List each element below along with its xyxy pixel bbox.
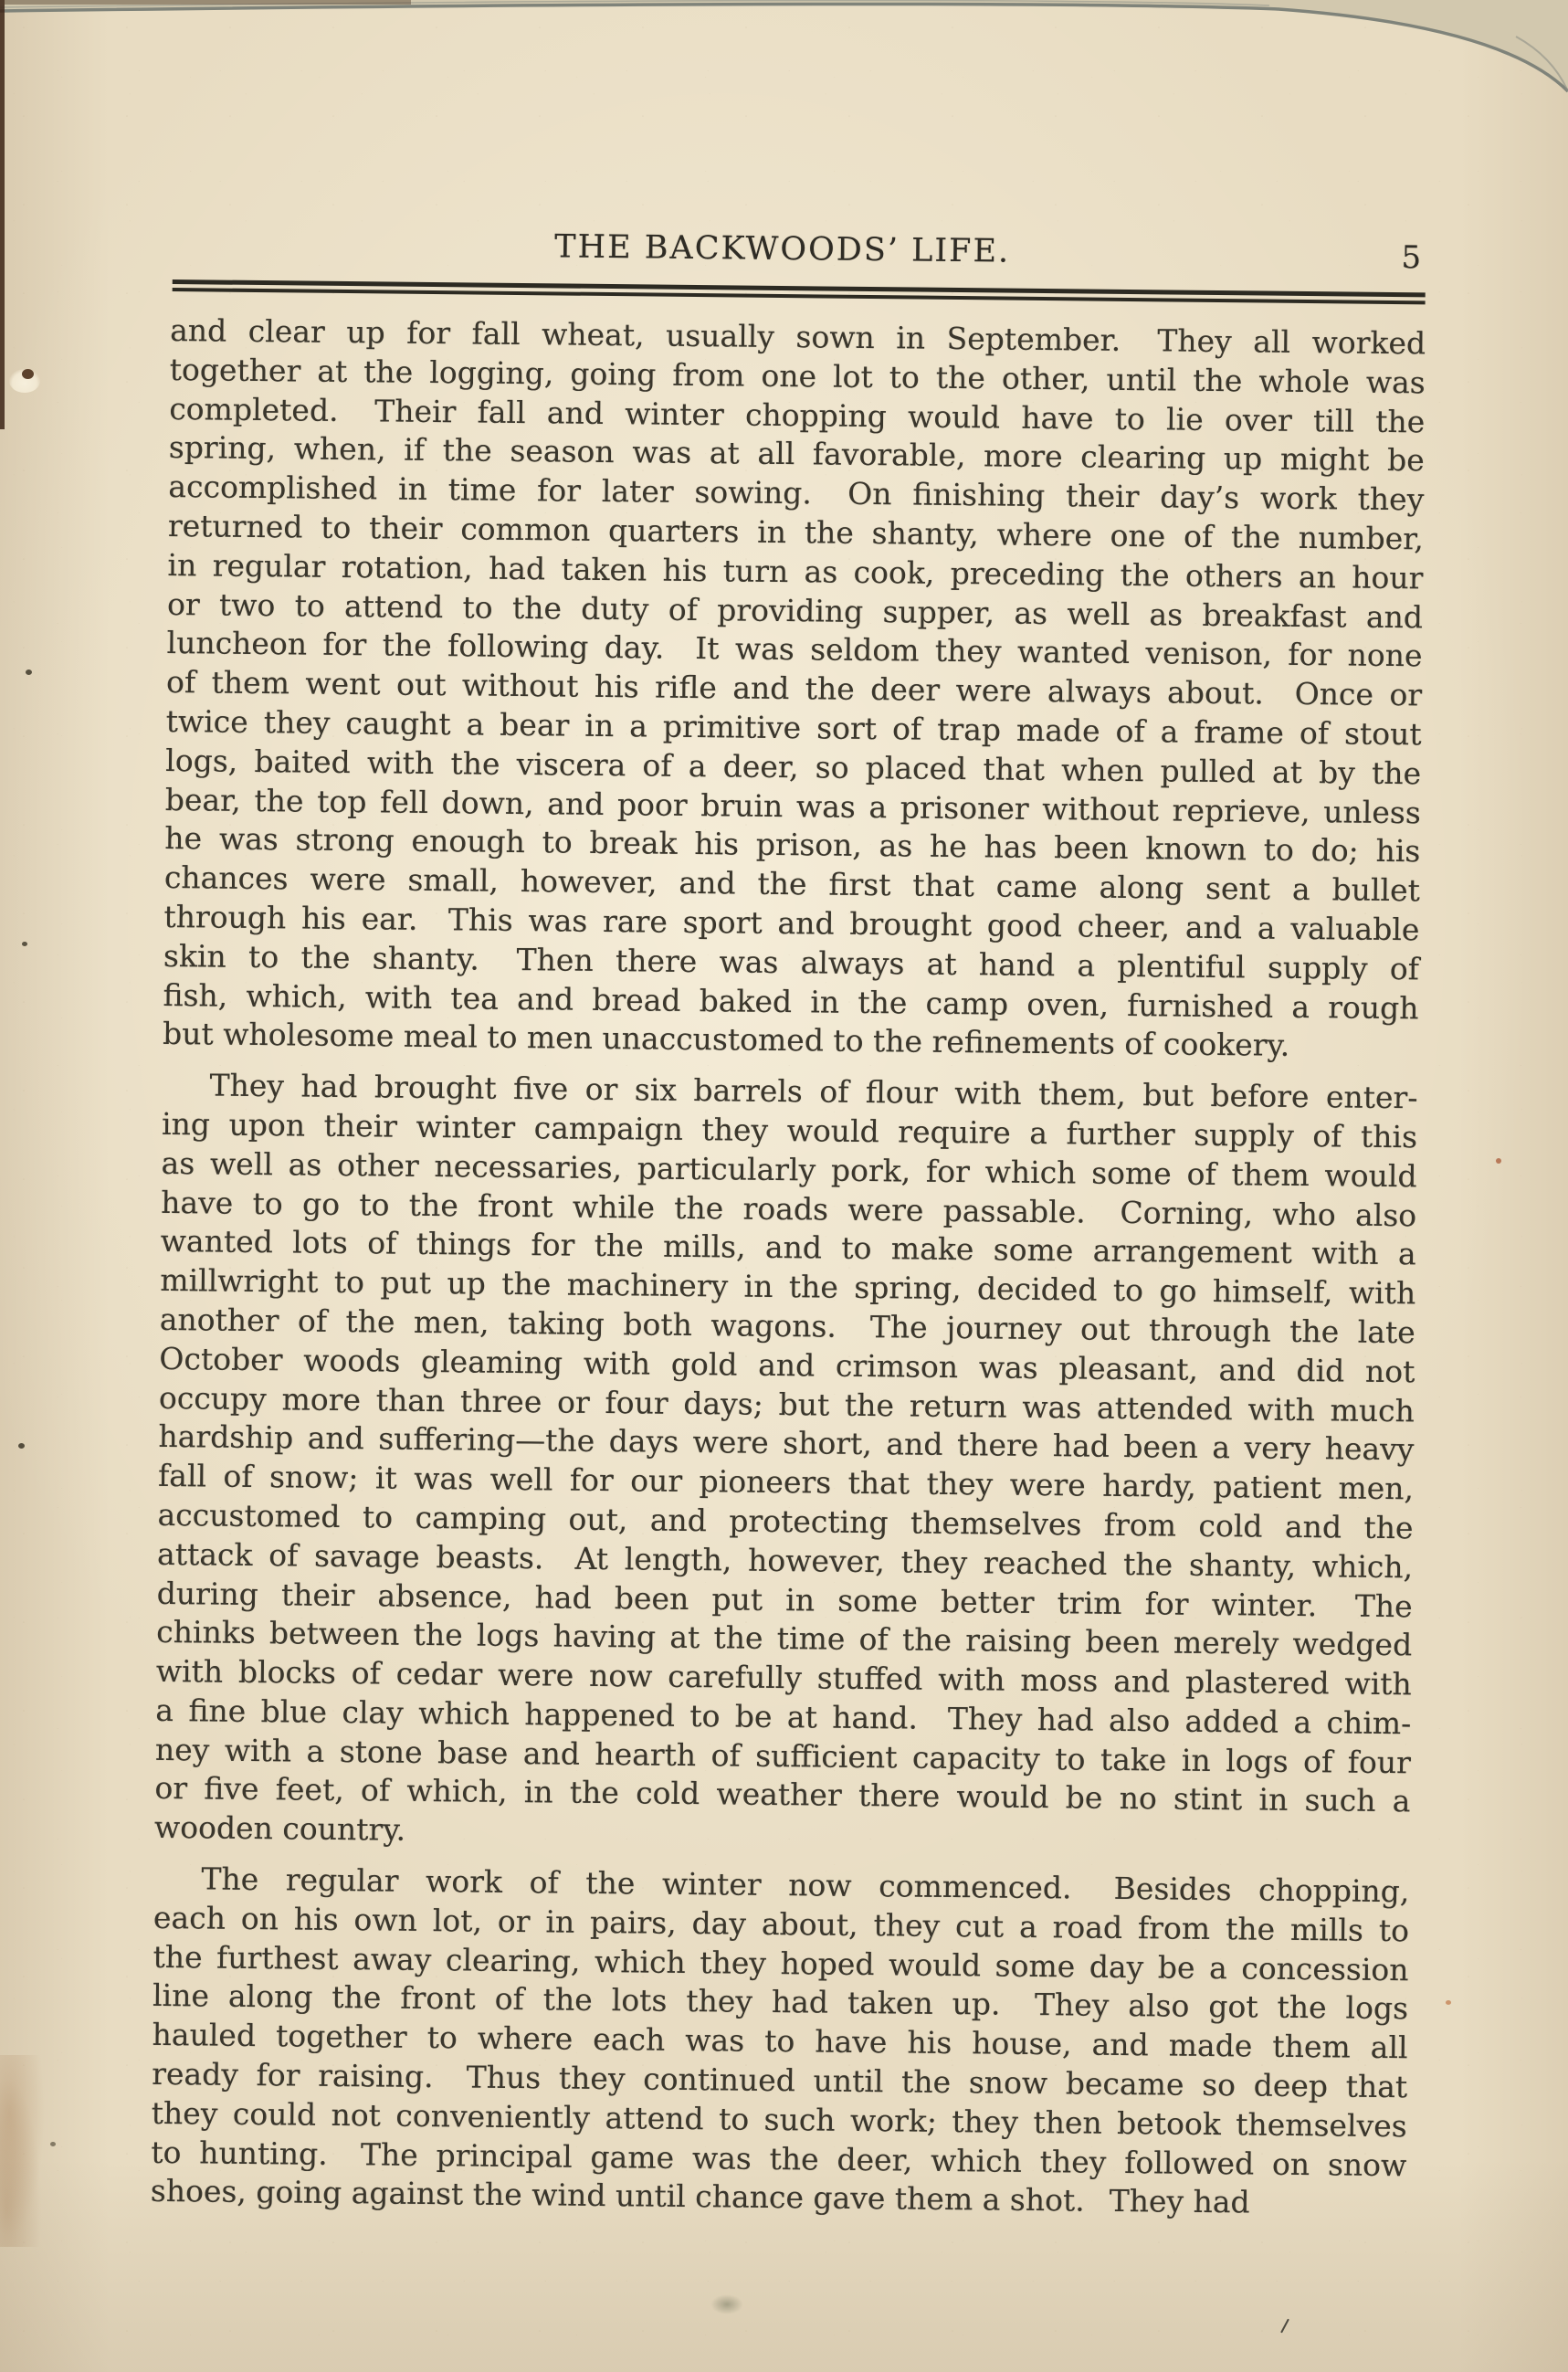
paper-hair-mark bbox=[1280, 2319, 1289, 2334]
page-title: THE BACKWOODS’ LIFE. bbox=[154, 225, 1410, 274]
book-page: THE BACKWOODS’ LIFE. 5 and clear up for … bbox=[0, 0, 1568, 2372]
paper-speck bbox=[1496, 1158, 1501, 1164]
text-block: and clear up for fall wheat, usually sow… bbox=[151, 311, 1426, 2225]
paragraph: The regular work of the winter now comme… bbox=[151, 1860, 1410, 2225]
paper-speck bbox=[50, 2142, 56, 2146]
header-double-rule bbox=[173, 279, 1426, 304]
running-header: THE BACKWOODS’ LIFE. 5 bbox=[174, 0, 1429, 13]
paper-speck bbox=[1446, 2000, 1451, 2005]
paper-speck bbox=[22, 942, 27, 946]
paper-stain bbox=[0, 2055, 47, 2247]
paper-chip-dot bbox=[22, 369, 34, 379]
printed-content: THE BACKWOODS’ LIFE. 5 and clear up for … bbox=[174, 0, 1429, 13]
paper-stain bbox=[710, 2294, 743, 2314]
paragraph: and clear up for fall wheat, usually sow… bbox=[163, 311, 1426, 1067]
paragraph: They had brought five or six barrels of … bbox=[154, 1066, 1418, 1861]
paper-speck bbox=[26, 669, 32, 675]
page-number: 5 bbox=[1401, 239, 1421, 276]
paper-speck bbox=[18, 1443, 25, 1449]
